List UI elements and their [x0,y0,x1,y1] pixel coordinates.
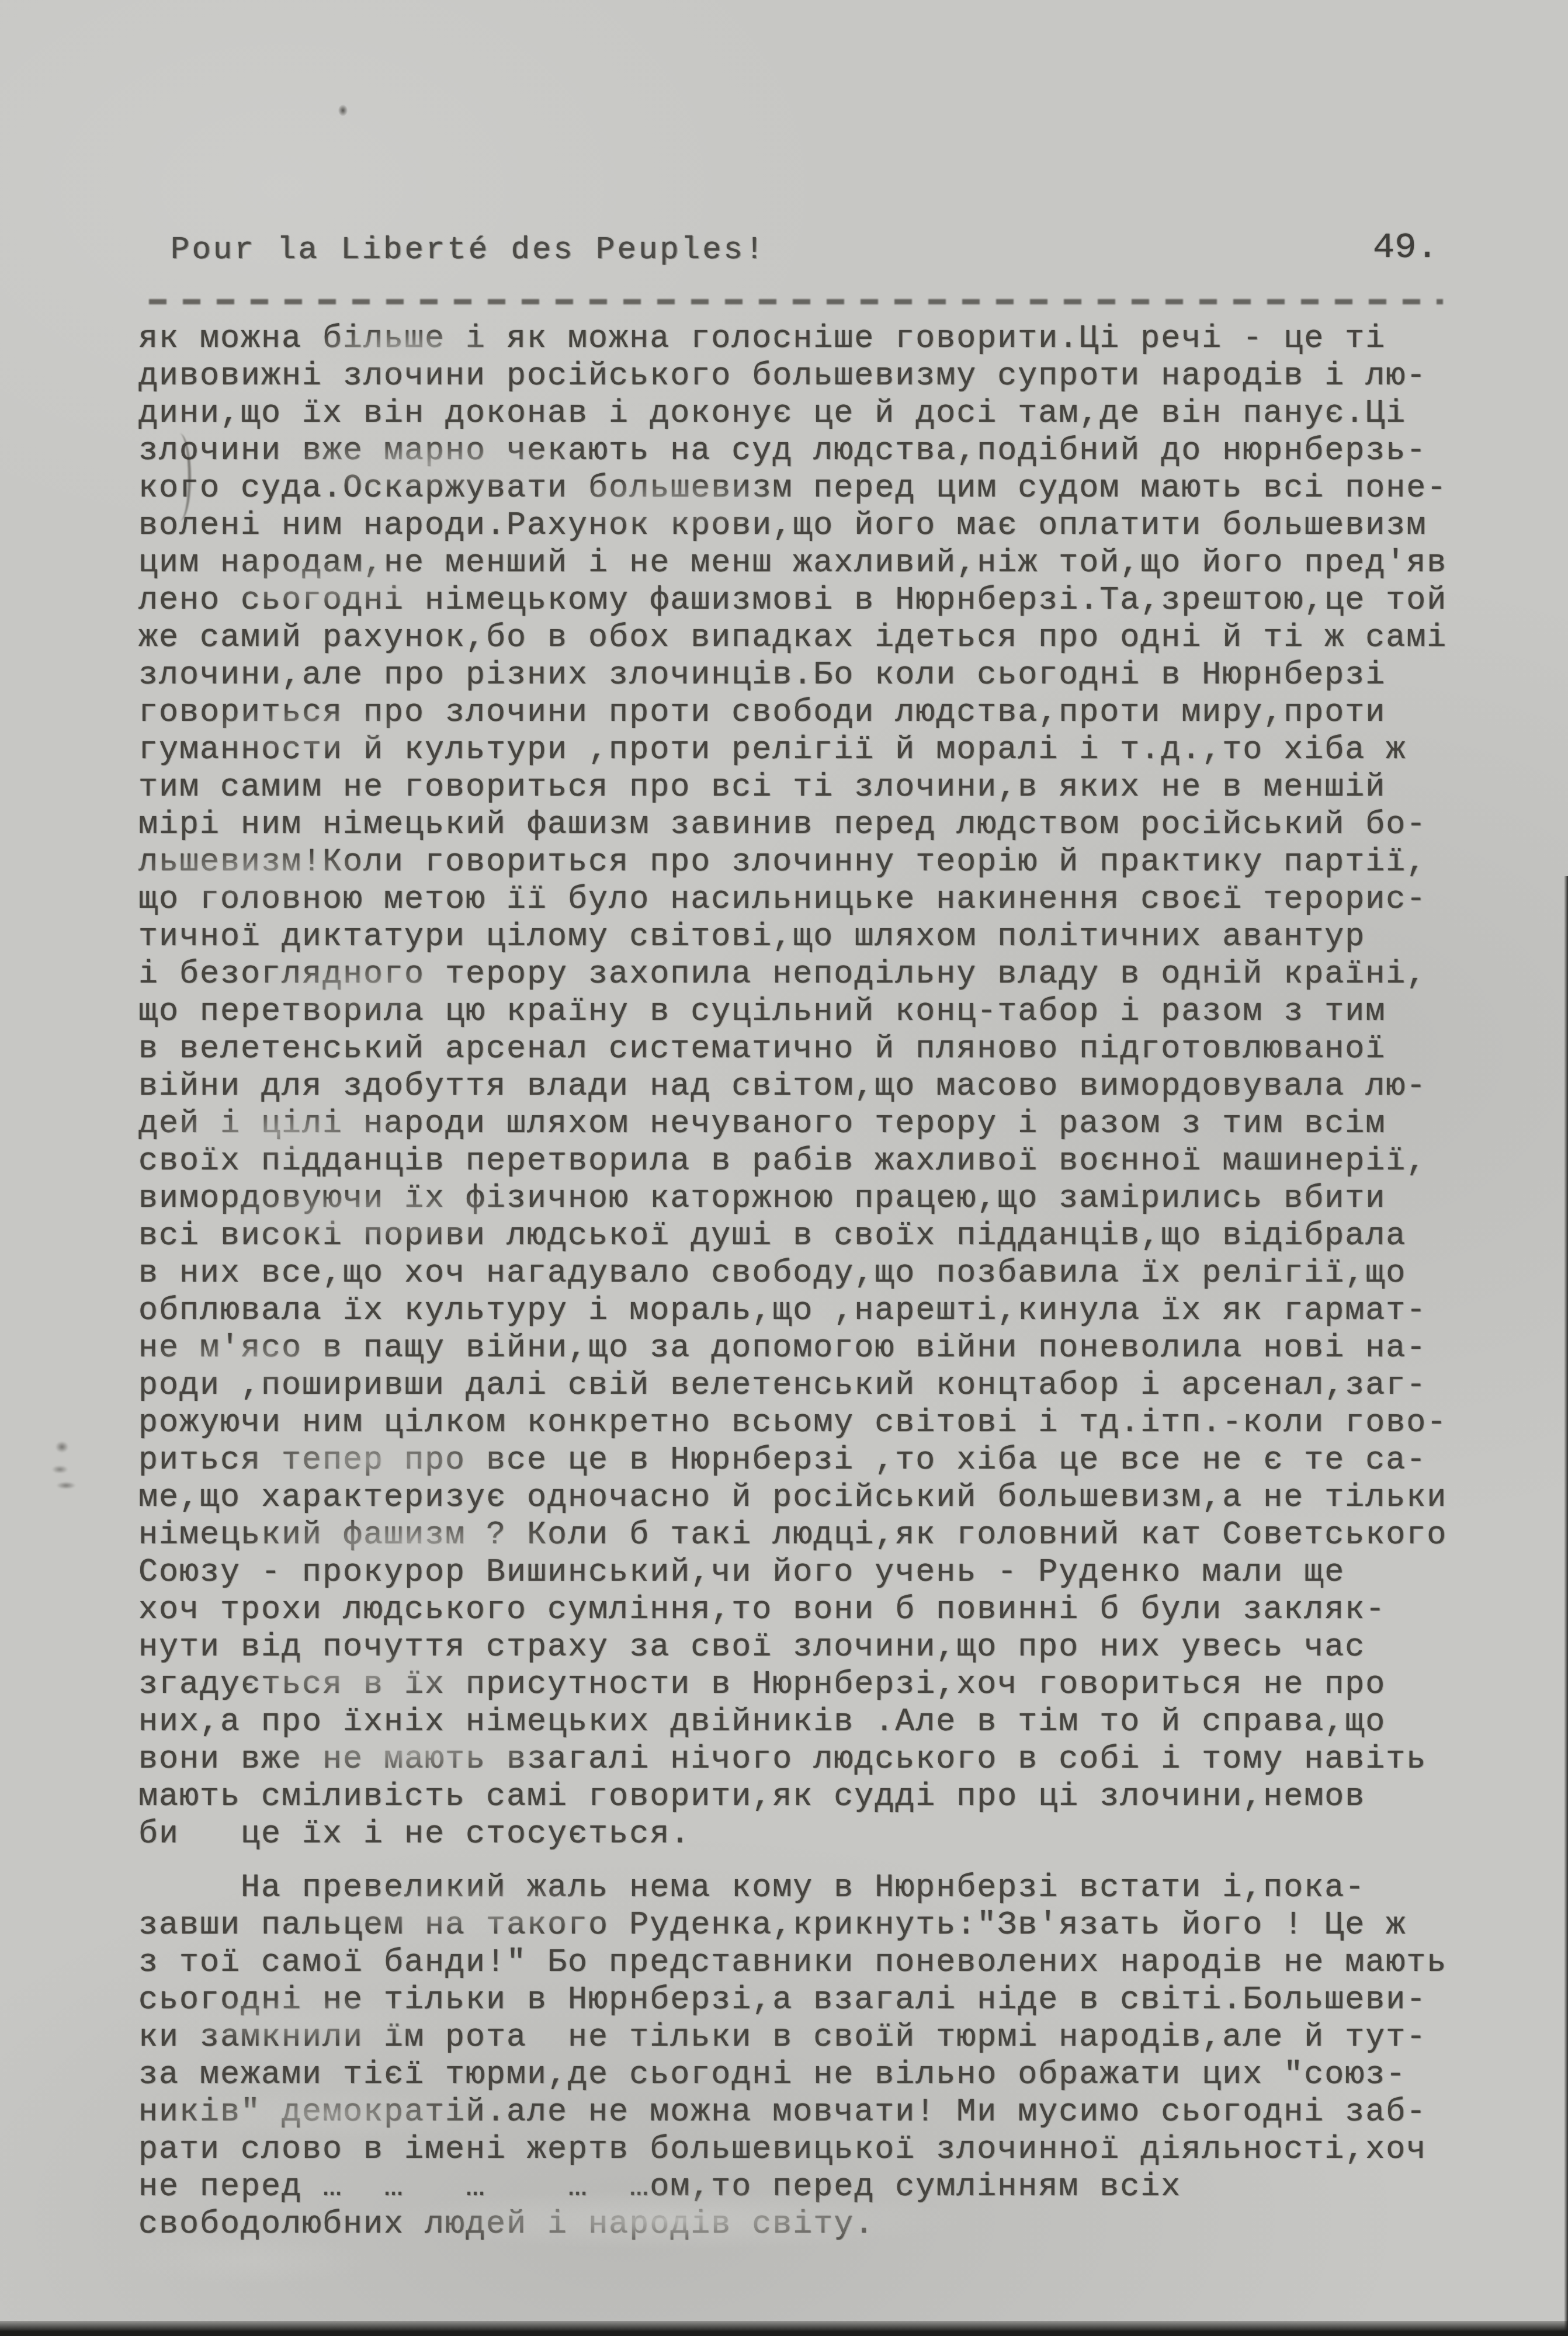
paragraph: На превеликий жаль нема кому в Нюрнберзі… [138,1869,1529,2243]
text-line: же самий рахунок,бо в обох випадках ідет… [138,619,1529,657]
text-line: кого суда.Оскаржувати большевизм перед ц… [138,470,1529,507]
text-line: війни для здобуття влади над світом,що м… [138,1068,1529,1105]
scan-edge-right [1564,876,1568,2336]
text-line: роди ,поширивши далі свій велетенський к… [138,1367,1529,1404]
text-line: не м'ясо в пащу війни,що за допомогою ві… [138,1330,1529,1367]
text-line: німецький фашизм ? Коли б такі людці,як … [138,1516,1529,1554]
text-line: дини,що їх він доконав і доконує це й до… [138,395,1529,432]
ink-dot [338,104,348,117]
text-line: ників" демократій.але не можна мовчати! … [138,2094,1529,2131]
text-line: мають сміливість самі говорити,як судді … [138,1778,1529,1816]
document-page: Pour la Liberté des Peuples! 49. як можн… [0,0,1568,2336]
text-line: що перетворила цю країну в суцільний кон… [138,993,1529,1030]
text-line: свободолюбних людей і народів світу. [138,2206,1529,2243]
text-line: злочини,але про різних злочинців.Бо коли… [138,657,1529,694]
page-number: 49. [1373,227,1438,268]
text-line: лено сьогодні німецькому фашизмові в Нюр… [138,582,1529,619]
text-line: обплювала їх культуру і мораль,що ,нареш… [138,1292,1529,1330]
text-line: згадується в їх присутности в Нюрнберзі,… [138,1666,1529,1703]
pen-mark [168,433,191,521]
text-line: і безоглядного терору захопила неподільн… [138,956,1529,993]
dashed-divider [149,299,1443,304]
ink-smudge [46,1434,86,1498]
text-line: за межами тієї тюрми,де сьогодні не віль… [138,2056,1529,2094]
text-line: рожуючи ним цілком конкретно всьому світ… [138,1404,1529,1442]
text-line: сьогодні не тільки в Нюрнберзі,а взагалі… [138,1981,1529,2019]
text-line: них,а про їхніх німецьких двійників .Але… [138,1703,1529,1741]
text-line: завши пальцем на такого Руденка,крикнуть… [138,1907,1529,1944]
text-line: би це їх і не стосується. [138,1816,1529,1853]
text-line: що головною метою її було насильницьке н… [138,881,1529,918]
text-line: говориться про злочини проти свободи люд… [138,694,1529,731]
text-line: хоч трохи людського сумління,то вони б п… [138,1591,1529,1629]
text-line: волені ним народи.Рахунок крови,що його … [138,507,1529,544]
text-line: в велетенський арсенал систематично й пл… [138,1030,1529,1068]
text-line: в них все,що хоч нагадувало свободу,що п… [138,1255,1529,1292]
text-line: мірі ним німецький фашизм завинив перед … [138,806,1529,844]
text-line: Союзу - прокурор Вишинський,чи його учен… [138,1554,1529,1591]
text-line: вимордовуючи їх фізичною каторжною праце… [138,1180,1529,1217]
text-block: як можна більше і як можна голосніше гов… [138,320,1529,2243]
text-line: тим самим не говориться про всі ті злочи… [138,769,1529,806]
text-line: дивовижні злочини російського большевизм… [138,357,1529,395]
text-line: злочини вже марно чекають на суд людства… [138,432,1529,470]
text-line: як можна більше і як можна голосніше гов… [138,320,1529,357]
text-line: не перед … … … … …ом,то перед сумлінням … [138,2168,1529,2206]
paragraph: як можна більше і як можна голосніше гов… [138,320,1529,1853]
text-line: дей і цілі народи шляхом нечуваного теро… [138,1105,1529,1143]
text-line: риться тепер про все це в Нюрнберзі ,то … [138,1442,1529,1479]
text-line: рати слово в імені жертв большевицької з… [138,2131,1529,2168]
text-line: тичної диктатури цілому світові,що шляхо… [138,918,1529,956]
text-line: На превеликий жаль нема кому в Нюрнберзі… [138,1869,1529,1907]
text-line: з тої самої банди!" Бо представники поне… [138,1944,1529,1981]
scan-edge-bottom [0,2321,1568,2336]
text-line: цим народам,не менший і не менш жахливий… [138,544,1529,582]
text-line: вони вже не мають взагалі нічого людсько… [138,1741,1529,1778]
text-line: ме,що характеризує одночасно й російськи… [138,1479,1529,1516]
text-line: ки замкнили їм рота не тільки в своїй тю… [138,2019,1529,2056]
header-title: Pour la Liberté des Peuples! [171,232,766,268]
text-line: гуманности й культури ,проти релігії й м… [138,731,1529,769]
text-line: льшевизм!Коли говориться про злочинну те… [138,844,1529,881]
text-line: всі високі пориви людської душі в своїх … [138,1217,1529,1255]
text-line: своїх підданців перетворила в рабів жахл… [138,1143,1529,1180]
text-line: нути від почуття страху за свої злочини,… [138,1629,1529,1666]
